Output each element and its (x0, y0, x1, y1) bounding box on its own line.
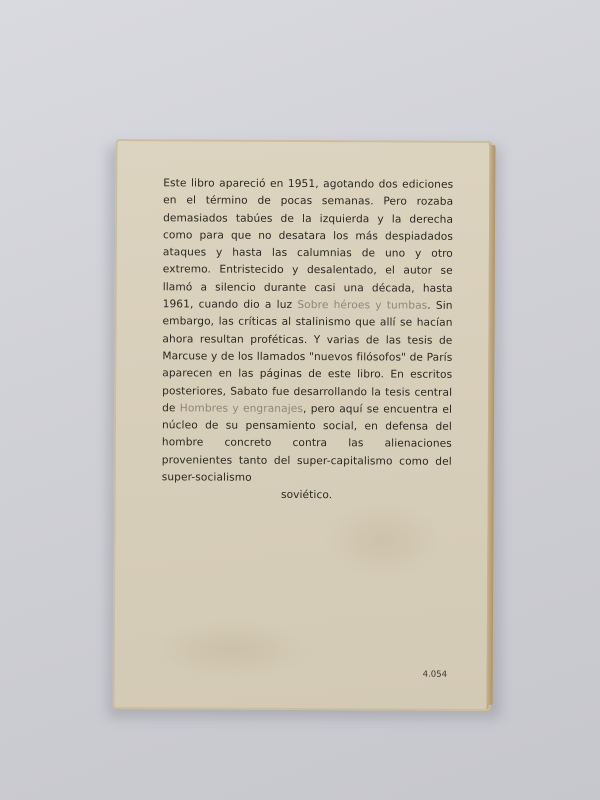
catalog-number: 4.054 (423, 670, 447, 680)
book-title-reference: Hombres y engranajes (180, 402, 303, 415)
cover-blurb: Este libro apareció en 1951, agotando do… (162, 175, 454, 505)
blurb-text: Este libro apareció en 1951, agotando do… (163, 177, 454, 311)
book-title-reference: Sobre héroes y tumbas (297, 299, 427, 312)
book-back-cover: Este libro apareció en 1951, agotando do… (113, 139, 494, 711)
paper-stain (153, 619, 313, 680)
blurb-text: . Sin embargo, las críticas al stalinism… (162, 300, 453, 414)
paper-stain (323, 500, 443, 581)
blurb-last-line: soviético. (162, 487, 452, 506)
blurb-text: , pero aquí se encuentra el núcleo de su… (162, 403, 452, 484)
